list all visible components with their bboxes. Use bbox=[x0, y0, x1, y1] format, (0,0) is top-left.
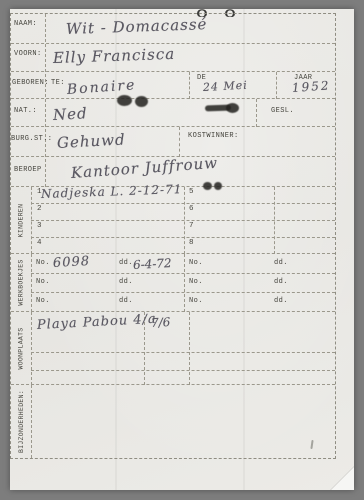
section-werkboekjes: WERKBOEKJES No. dd. No. dd. 6098 6-4-72 … bbox=[11, 254, 335, 312]
woonplaats-row-line bbox=[31, 370, 335, 371]
dd-label: dd. bbox=[274, 279, 288, 286]
beroep-label: BEROEP bbox=[14, 167, 42, 174]
kind-num-7: 7 bbox=[189, 223, 194, 231]
geboren-jaar-value-handwritten: 1952 bbox=[292, 78, 331, 95]
section-bijzonderheden: BIJZONDERHEDEN: bbox=[11, 385, 335, 458]
no-label: No. bbox=[36, 279, 50, 286]
gesl-divider bbox=[256, 99, 257, 127]
kind-num-3: 3 bbox=[37, 223, 42, 231]
woonplaats-col-divider-2 bbox=[189, 312, 190, 385]
nat-value-handwritten: Ned bbox=[53, 104, 89, 124]
ink-dot bbox=[203, 182, 212, 190]
werkboekjes-section-label-strip: WERKBOEKJES bbox=[11, 254, 31, 311]
werkboekjes-row-line bbox=[31, 273, 335, 274]
woonplaats-strip-divider bbox=[31, 312, 32, 385]
kinderen-row-line bbox=[31, 203, 335, 204]
field-row-nat: NAT.: GESL. Ned bbox=[11, 99, 335, 127]
kind-num-8: 8 bbox=[189, 240, 194, 248]
ink-dot bbox=[214, 182, 222, 190]
dd-label: dd. bbox=[119, 260, 133, 267]
dd-label: dd. bbox=[119, 279, 133, 286]
gesl-label: GESL. bbox=[271, 108, 294, 115]
ink-smudge bbox=[117, 95, 132, 106]
geboren-te-label: TE: bbox=[51, 80, 65, 87]
card-form-grid: NAAM: Wit - Domacassé VOORN: Elly Franci… bbox=[10, 13, 336, 459]
woonplaats-row-line bbox=[31, 352, 335, 353]
bijzonderheden-section-label: BIJZONDERHEDEN: bbox=[18, 390, 25, 453]
kinderen-row-line bbox=[31, 237, 335, 238]
section-woonplaats: WOONPLAATS Playa Pabou 4/a 7/6 bbox=[11, 312, 335, 385]
field-row-burgst: BURG.ST.: KOSTWINNER: Gehuwd bbox=[11, 127, 335, 157]
kostwinner-label: KOSTWINNER: bbox=[188, 133, 239, 140]
bijzonderheden-section-label-strip: BIJZONDERHEDEN: bbox=[11, 385, 31, 458]
kind-num-2: 2 bbox=[37, 206, 42, 214]
nat-label: NAT.: bbox=[14, 108, 37, 115]
kind-num-5: 5 bbox=[189, 189, 194, 197]
kostwinner-divider bbox=[179, 127, 180, 157]
kinderen-row-line bbox=[31, 220, 335, 221]
kinderen-section-label: KINDEREN bbox=[18, 203, 25, 237]
voorn-value-handwritten: Elly Francisca bbox=[53, 45, 176, 67]
kind-num-4: 4 bbox=[37, 240, 42, 248]
dd-label: dd. bbox=[119, 298, 133, 305]
woonplaats-date-handwritten: 7/6 bbox=[151, 315, 171, 330]
geboren-jaar-divider bbox=[276, 72, 277, 99]
no-label: No. bbox=[189, 279, 203, 286]
dd-label: dd. bbox=[274, 298, 288, 305]
woonplaats-section-label-strip: WOONPLAATS bbox=[11, 312, 31, 384]
geboren-de-value-handwritten: 24 Mei bbox=[203, 79, 248, 94]
field-row-voorn: VOORN: Elly Francisca bbox=[11, 44, 335, 72]
dd-label: dd. bbox=[274, 260, 288, 267]
naam-value-handwritten: Wit - Domacassé bbox=[66, 15, 208, 38]
werkboekjes-section-label: WERKBOEKJES bbox=[18, 259, 25, 305]
field-row-geboren: GEBOREN: TE: DE JAAR Bonaire 24 Mei 1952 bbox=[11, 72, 335, 99]
section-kinderen: KINDEREN 1 2 3 4 5 6 7 8 Nadjeska L. 2-1… bbox=[11, 187, 335, 254]
bijzonderheden-strip-divider bbox=[31, 385, 32, 458]
burgst-label: BURG.ST.: bbox=[11, 136, 52, 143]
woonplaats-section-label: WOONPLAATS bbox=[18, 327, 25, 369]
no-label: No. bbox=[36, 260, 50, 267]
no-label: No. bbox=[36, 298, 50, 305]
burgst-value-handwritten: Gehuwd bbox=[57, 130, 126, 152]
werkboekjes-row-line bbox=[31, 292, 335, 293]
werkboekje-dd-value-handwritten: 6-4-72 bbox=[133, 256, 172, 272]
kind-num-6: 6 bbox=[189, 206, 194, 214]
geboren-de-divider bbox=[189, 72, 190, 99]
beroep-value-handwritten: Kantoor Juffrouw bbox=[70, 154, 218, 182]
kinderen-section-label-strip: KINDEREN bbox=[11, 187, 31, 253]
ink-smudge bbox=[135, 96, 148, 107]
scanned-registration-card-page: { "colors": { "frame": "#7d7d7d", "paper… bbox=[0, 0, 364, 500]
field-row-naam: NAAM: Wit - Domacassé bbox=[11, 14, 335, 44]
geboren-label: GEBOREN: bbox=[12, 80, 49, 87]
voorn-label: VOORN: bbox=[14, 51, 42, 58]
woonplaats-value-handwritten: Playa Pabou 4/a bbox=[37, 312, 157, 333]
werkboekjes-middle-divider bbox=[184, 254, 185, 312]
no-label: No. bbox=[189, 260, 203, 267]
werkboekje-no-value-handwritten: 6098 bbox=[53, 254, 91, 271]
werkboekjes-strip-divider bbox=[31, 254, 32, 312]
naam-label: NAAM: bbox=[14, 21, 37, 28]
no-label: No. bbox=[189, 298, 203, 305]
ink-smudge bbox=[226, 103, 239, 113]
